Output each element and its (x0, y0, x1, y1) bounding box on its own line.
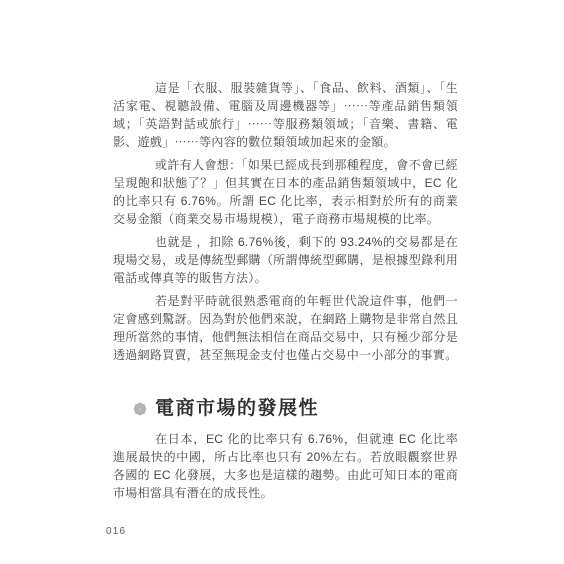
section-title: 電商市場的發展性 (155, 397, 319, 421)
page-content: 這是「衣服、服裝雜貨等」、「食品、飲料、酒類」、「生活家電、視聽設備、電腦及周邊… (113, 79, 458, 507)
page-number: 016 (106, 526, 126, 537)
body-paragraph: 也就是 ，扣除 6.76%後，剩下的 93.24%的交易都是在現場交易，或是傳統… (113, 233, 458, 287)
section-heading: 電商市場的發展性 (133, 397, 458, 421)
flower-rosette-icon (133, 402, 147, 416)
book-page: 這是「衣服、服裝雜貨等」、「食品、飲料、酒類」、「生活家電、視聽設備、電腦及周邊… (0, 0, 564, 564)
body-paragraph: 這是「衣服、服裝雜貨等」、「食品、飲料、酒類」、「生活家電、視聽設備、電腦及周邊… (113, 79, 458, 151)
body-paragraph: 或許有人會想：「如果已經成長到那種程度，會不會已經呈現飽和狀態了？」但其實在日本… (113, 156, 458, 228)
body-paragraph: 在日本，EC 化的比率只有 6.76%，但就連 EC 化比率進展最快的中國，所占… (113, 430, 458, 502)
body-paragraph: 若是對平時就很熟悉電商的年輕世代說這件事，他們一定會感到驚訝。因為對於他們來說，… (113, 292, 458, 364)
